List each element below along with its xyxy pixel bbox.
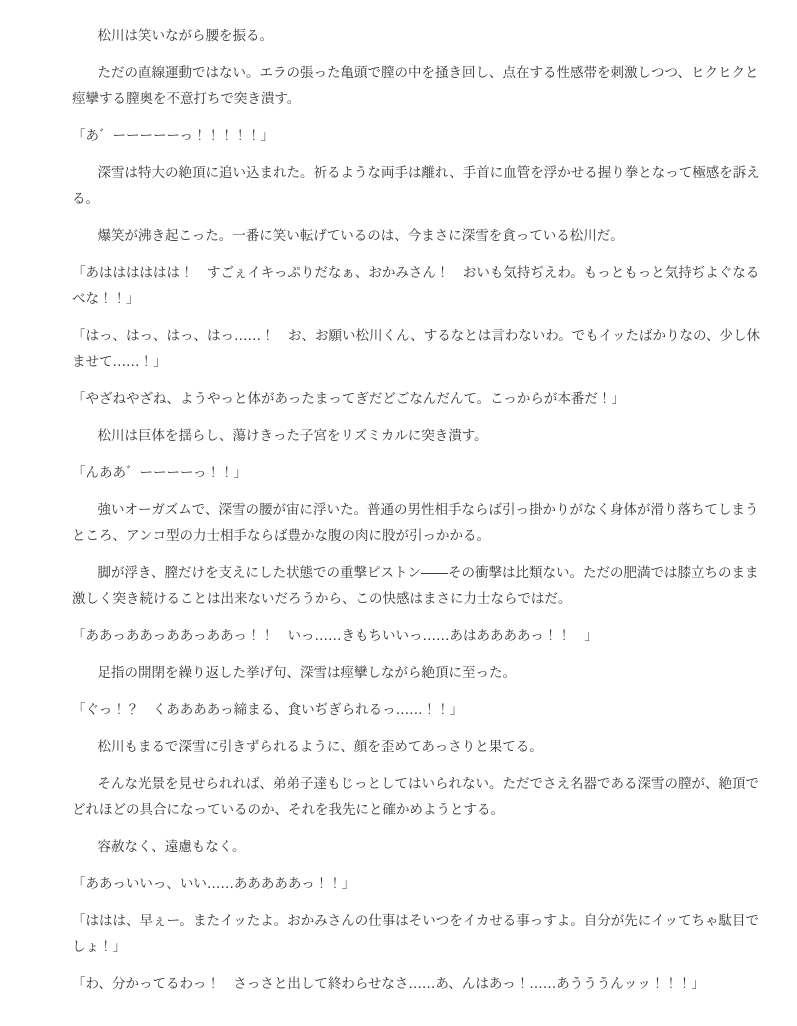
paragraph-16: 松川もまるで深雪に引きずられるように、顔を歪めてあっさりと果てる。: [72, 734, 761, 760]
paragraph-9: 松川は巨体を揺らし、蕩けきった子宮をリズミカルに突き潰す。: [72, 423, 761, 449]
paragraph-11: 強いオーガズムで、深雪の腰が宙に浮いた。普通の男性相手ならば引っ掛かりがなく身体…: [72, 497, 761, 549]
paragraph-4: 深雪は特大の絶頂に追い込まれた。祈るような両手は離れ、手首に血管を浮かせる握り拳…: [72, 160, 761, 212]
paragraph-10: 「んああ゛ーーーーっ！！」: [72, 460, 761, 486]
paragraph-20: 「ははは、早ぇー。またイッたよ。おかみさんの仕事はそいつをイカせる事っすよ。自分…: [72, 908, 761, 960]
paragraph-17: そんな光景を見せられれば、弟弟子達もじっとしてはいられない。ただでさえ名器である…: [72, 771, 761, 823]
paragraph-19: 「ああっいいっ、いい……あああああっ！！」: [72, 871, 761, 897]
paragraph-8: 「やざねやざね、ようやっと体があったまってぎだどごなんだんて。こっからが本番だ！…: [72, 386, 761, 412]
paragraph-3: 「あ゛ーーーーーっ！！！！！」: [72, 123, 761, 149]
paragraph-6: 「あはははははは！ すごぇイキっぷりだなぁ、おかみさん！ おいも気持ぢえわ。もっ…: [72, 260, 761, 312]
novel-text-page: 松川は笑いながら腰を振る。 ただの直線運動ではない。エラの張った亀頭で膣の中を掻…: [0, 0, 797, 1026]
paragraph-5: 爆笑が沸き起こった。一番に笑い転げているのは、今まさに深雪を貪っている松川だ。: [72, 223, 761, 249]
paragraph-1: 松川は笑いながら腰を振る。: [72, 23, 761, 49]
paragraph-21: 「わ、分かってるわっ！ さっさと出して終わらせなさ……あ、んはあっ！……あううう…: [72, 971, 761, 997]
paragraph-13: 「ああっああっああっああっ！！ いっ……きもちいいっ……あはああああっ！！ 」: [72, 623, 761, 649]
paragraph-15: 「ぐっ！？ くああああっ締まる、食いぢぎられるっ……！！」: [72, 697, 761, 723]
paragraph-12: 脚が浮き、膣だけを支えにした状態での重撃ピストン――その衝撃は比類ない。ただの肥…: [72, 560, 761, 612]
paragraph-2: ただの直線運動ではない。エラの張った亀頭で膣の中を掻き回し、点在する性感帯を刺激…: [72, 60, 761, 112]
paragraph-7: 「はっ、はっ、はっ、はっ……！ お、お願い松川くん、するなとは言わないわ。でもイ…: [72, 323, 761, 375]
paragraph-18: 容赦なく、遠慮もなく。: [72, 834, 761, 860]
paragraph-14: 足指の開閉を繰り返した挙げ句、深雪は痙攣しながら絶頂に至った。: [72, 660, 761, 686]
